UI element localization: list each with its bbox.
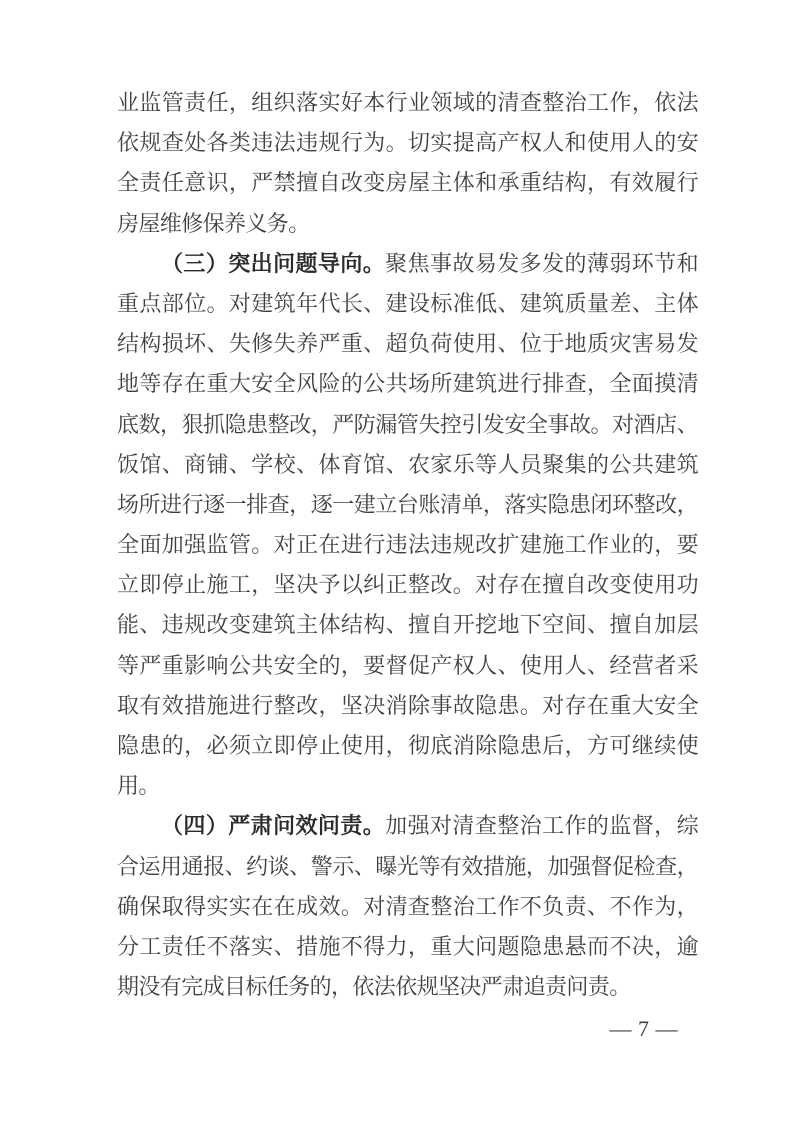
- text-line: 业监管责任，组织落实好本行业领域的清查整治工作，依法: [117, 83, 698, 123]
- page-number: — 7 —: [117, 1011, 698, 1047]
- text-line: 依规查处各类违法违规行为。切实提高产权人和使用人的安: [117, 123, 698, 163]
- text-line: 地等存在重大安全风险的公共场所建筑进行排查，全面摸清: [117, 364, 698, 404]
- document-page: 业监管责任，组织落实好本行业领域的清查整治工作，依法 依规查处各类违法违规行为。…: [0, 0, 800, 1130]
- paragraph-section-3: （三）突出问题导向。聚焦事故易发多发的薄弱环节和 重点部位。对建筑年代长、建设标…: [117, 244, 698, 807]
- text-line: 房屋维修保养义务。: [117, 204, 698, 244]
- text-line: 确保取得实实在在成效。对清查整治工作不负责、不作为，: [117, 887, 698, 927]
- text-line: 分工责任不落实、措施不得力，重大问题隐患悬而不决，逾: [117, 927, 698, 967]
- paragraph-section-4: （四）严肃问效问责。加强对清查整治工作的监督，综 合运用通报、约谈、警示、曝光等…: [117, 806, 698, 1007]
- text-line: 全责任意识，严禁擅自改变房屋主体和承重结构，有效履行: [117, 163, 698, 203]
- text-line: 全面加强监管。对正在进行违法违规改扩建施工作业的，要: [117, 525, 698, 565]
- text-line: 取有效措施进行整改，坚决消除事故隐患。对存在重大安全: [117, 686, 698, 726]
- text-line: 饭馆、商铺、学校、体育馆、农家乐等人员聚集的公共建筑: [117, 445, 698, 485]
- section-3-heading: （三）突出问题导向。: [161, 251, 385, 276]
- section-3-heading-line: （三）突出问题导向。聚焦事故易发多发的薄弱环节和: [117, 244, 698, 284]
- text-line: 期没有完成目标任务的，依法依规坚决严肃追责问责。: [117, 967, 698, 1007]
- document-text-block: 业监管责任，组织落实好本行业领域的清查整治工作，依法 依规查处各类违法违规行为。…: [117, 83, 698, 1047]
- section-4-heading: （四）严肃问效问责。: [161, 813, 385, 838]
- text-line: 隐患的，必须立即停止使用，彻底消除隐患后，方可继续使: [117, 726, 698, 766]
- text-line: 结构损坏、失修失养严重、超负荷使用、位于地质灾害易发: [117, 324, 698, 364]
- text-line: 重点部位。对建筑年代长、建设标准低、建筑质量差、主体: [117, 284, 698, 324]
- section-4-heading-line-rest: 加强对清查整治工作的监督，综: [385, 813, 698, 838]
- text-line: 等严重影响公共安全的，要督促产权人、使用人、经营者采: [117, 646, 698, 686]
- section-3-heading-line-rest: 聚焦事故易发多发的薄弱环节和: [385, 251, 698, 276]
- paragraph-continuation: 业监管责任，组织落实好本行业领域的清查整治工作，依法 依规查处各类违法违规行为。…: [117, 83, 698, 244]
- text-line: 用。: [117, 766, 698, 806]
- text-line: 合运用通报、约谈、警示、曝光等有效措施，加强督促检查，: [117, 847, 698, 887]
- text-line: 立即停止施工，坚决予以纠正整改。对存在擅自改变使用功: [117, 565, 698, 605]
- text-line: 底数，狠抓隐患整改，严防漏管失控引发安全事故。对酒店、: [117, 405, 698, 445]
- section-4-heading-line: （四）严肃问效问责。加强对清查整治工作的监督，综: [117, 806, 698, 846]
- text-line: 能、违规改变建筑主体结构、擅自开挖地下空间、擅自加层: [117, 605, 698, 645]
- text-line: 场所进行逐一排查，逐一建立台账清单，落实隐患闭环整改，: [117, 485, 698, 525]
